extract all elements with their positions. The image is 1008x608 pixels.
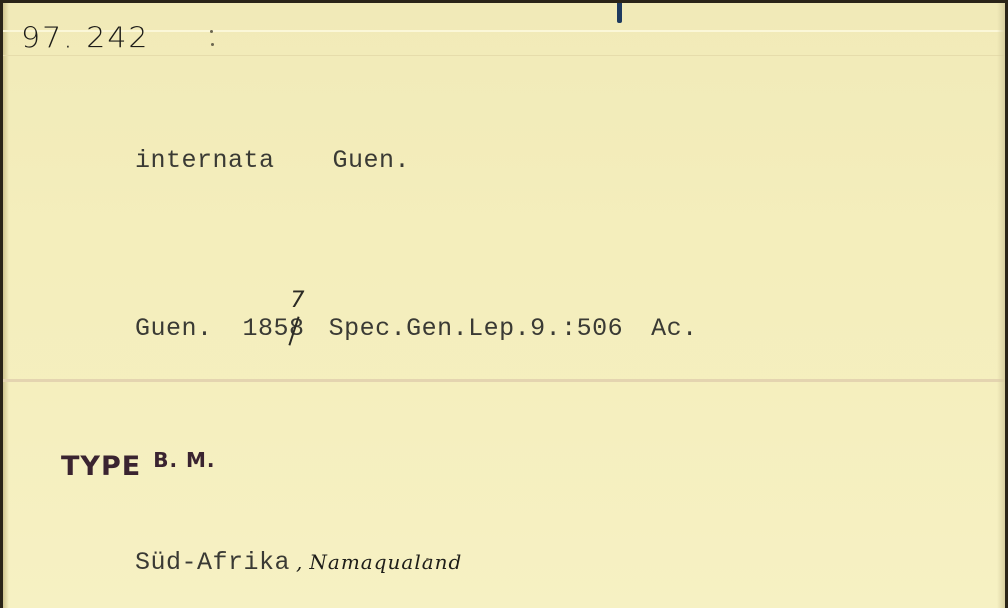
locality-line: Süd-Afrika,Namaqualand xyxy=(73,519,462,606)
taxon-line: internataGuen. xyxy=(73,117,410,204)
ink-speck xyxy=(426,558,429,561)
locality-separator: , xyxy=(296,550,303,574)
taxon-author: Guen. xyxy=(333,146,411,175)
locality-region: Namaqualand xyxy=(309,550,462,574)
museum-abbrev: B. M. xyxy=(153,448,215,472)
index-card: 97. 242 internataGuen. Guen.18587Spec.Ge… xyxy=(3,3,1005,608)
publication-citation: Spec.Gen.Lep.9.:506 xyxy=(329,314,624,343)
header-rule-secondary xyxy=(3,55,1005,56)
type-label: TYPE xyxy=(61,451,141,482)
year-correction: 7 xyxy=(291,288,306,313)
type-stamp: TYPEB. M. xyxy=(61,451,216,482)
reference-year: 18587 xyxy=(243,314,305,343)
reference-line: Guen.18587Spec.Gen.Lep.9.:506Ac. xyxy=(73,285,698,372)
middle-rule xyxy=(3,379,1005,382)
reference-note: Ac. xyxy=(651,314,698,343)
header-rule xyxy=(3,30,1005,32)
ink-speck xyxy=(211,43,214,46)
ink-speck xyxy=(210,30,213,33)
index-tab-marker xyxy=(617,3,622,23)
locality-country: Süd-Afrika xyxy=(135,548,290,577)
species-name: internata xyxy=(135,146,275,175)
accession-number: 97. 242 xyxy=(21,22,150,55)
reference-author: Guen. xyxy=(135,314,213,343)
year-prefix: 185 xyxy=(243,314,290,343)
